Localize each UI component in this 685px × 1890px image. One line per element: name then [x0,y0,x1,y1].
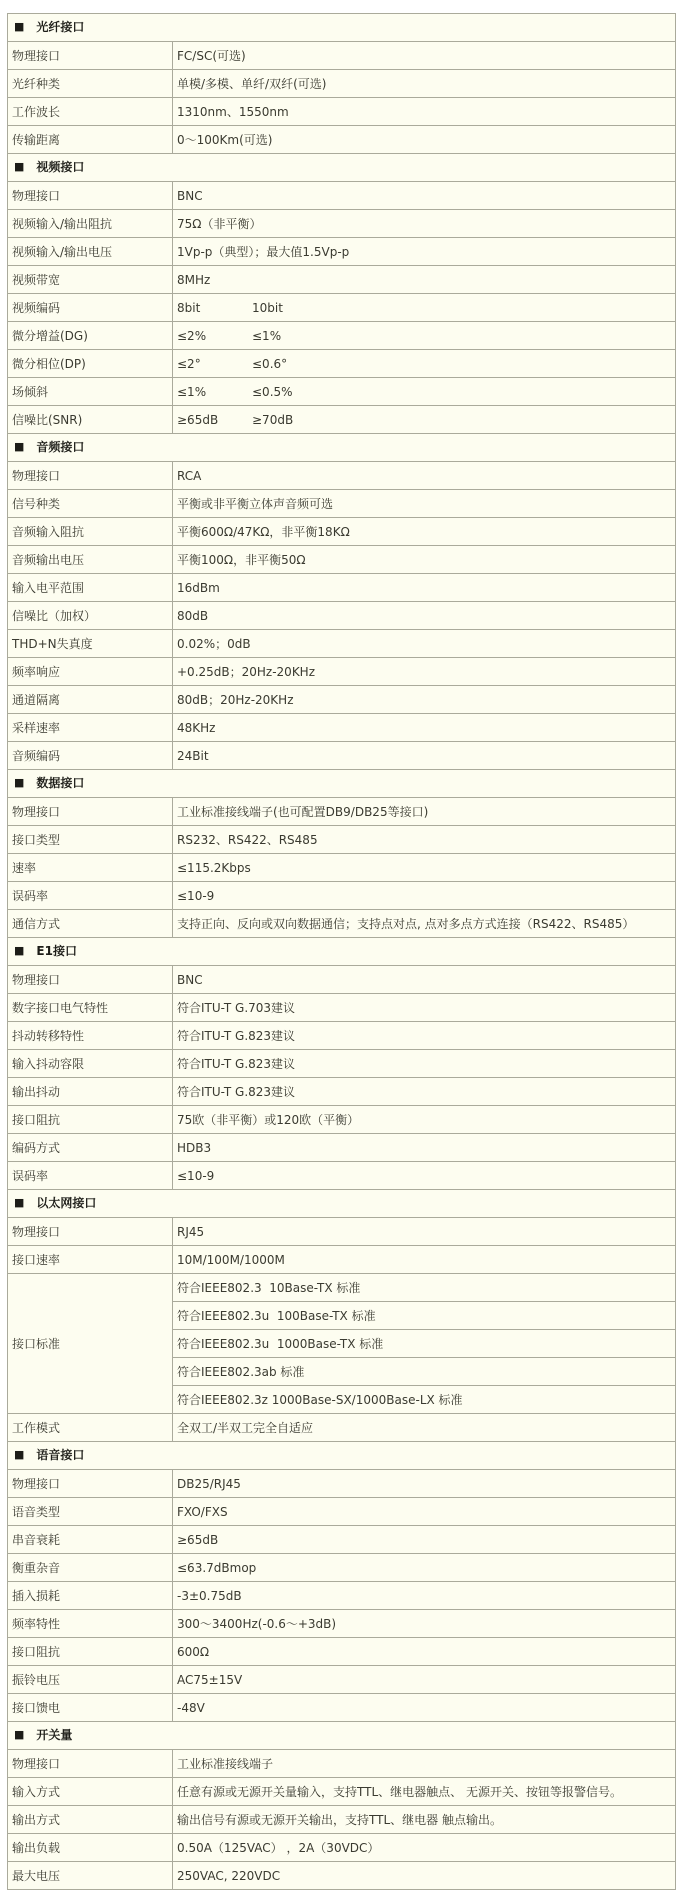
spec-value-primary: 8bit [177,301,252,315]
spec-value-primary: ≤2° [177,357,252,371]
spec-value-cell: AC75±15V [173,1666,676,1694]
spec-row: THD+N失真度0.02%；0dB [8,630,676,658]
spec-value-cell: ≤2%≤1% [173,322,676,350]
section-bullet-icon: ■ [14,440,24,454]
spec-label-cell: 视频输入/输出阻抗 [8,210,173,238]
spec-row: 接口馈电-48V [8,1694,676,1722]
spec-row: 输出负载0.50A（125VAC） ，2A（30VDC） [8,1834,676,1862]
spec-value-cell: RJ45 [173,1218,676,1246]
spec-value-cell: 600Ω [173,1638,676,1666]
spec-value-cell: BNC [173,966,676,994]
spec-value-cell: 24Bit [173,742,676,770]
spec-value-cell: 80dB；20Hz-20KHz [173,686,676,714]
spec-label-cell: 振铃电压 [8,1666,173,1694]
spec-row: 接口类型RS232、RS422、RS485 [8,826,676,854]
section-title: 视频接口 [36,160,84,174]
section-title: 数据接口 [36,776,84,790]
spec-label-cell: 接口类型 [8,826,173,854]
spec-row: 接口阻抗75欧（非平衡）或120欧（平衡） [8,1106,676,1134]
spec-row: 物理接口RCA [8,462,676,490]
section-bullet-icon: ■ [14,160,24,174]
spec-label-cell: 接口标准 [8,1274,173,1414]
spec-value-cell: 符合IEEE802.3u 1000Base-TX 标准 [173,1330,676,1358]
spec-label-cell: 插入损耗 [8,1582,173,1610]
spec-value-secondary: ≤1% [252,329,281,343]
section-bullet-icon: ■ [14,944,24,958]
spec-row: 频率响应+0.25dB；20Hz-20KHz [8,658,676,686]
section-header-row: ■E1接口 [8,938,676,966]
spec-label-cell: 误码率 [8,1162,173,1190]
spec-label-cell: 光纤种类 [8,70,173,98]
section-title: E1接口 [36,944,77,958]
spec-row: 物理接口FC/SC(可选) [8,42,676,70]
spec-label-cell: 音频输出电压 [8,546,173,574]
section-header-cell: ■视频接口 [8,154,676,182]
spec-row: 输入抖动容限符合ITU-T G.823建议 [8,1050,676,1078]
spec-row: 视频带宽8MHz [8,266,676,294]
spec-value-cell: 单模/多模、单纤/双纤(可选) [173,70,676,98]
spec-row: 编码方式HDB3 [8,1134,676,1162]
spec-value-cell: ≤10-9 [173,882,676,910]
spec-row: 最大电压250VAC, 220VDC [8,1862,676,1890]
spec-value-cell: FC/SC(可选) [173,42,676,70]
spec-value-cell: 1310nm、1550nm [173,98,676,126]
spec-value-cell: 符合IEEE802.3ab 标准 [173,1358,676,1386]
spec-label-cell: 微分增益(DG) [8,322,173,350]
spec-label-cell: 输出负载 [8,1834,173,1862]
section-header-cell: ■开关量 [8,1722,676,1750]
spec-value-cell: 支持正向、反向或双向数据通信；支持点对点, 点对多点方式连接（RS422、RS4… [173,910,676,938]
spec-label-cell: 物理接口 [8,1218,173,1246]
spec-label-cell: 语音类型 [8,1498,173,1526]
spec-row: 场倾斜≤1%≤0.5% [8,378,676,406]
spec-label-cell: 衡重杂音 [8,1554,173,1582]
spec-label-cell: 输出方式 [8,1806,173,1834]
spec-value-cell: ≤115.2Kbps [173,854,676,882]
spec-value-cell: 0～100Km(可选) [173,126,676,154]
spec-value-cell: 输出信号有源或无源开关输出，支持TTL、继电器 触点输出。 [173,1806,676,1834]
spec-label-cell: 输入电平范围 [8,574,173,602]
spec-label-cell: 采样速率 [8,714,173,742]
spec-value-cell: 250VAC, 220VDC [173,1862,676,1890]
spec-label-cell: 音频输入阻抗 [8,518,173,546]
spec-value-cell: 工业标准接线端子(也可配置DB9/DB25等接口) [173,798,676,826]
section-bullet-icon: ■ [14,20,24,34]
spec-value-cell: 48KHz [173,714,676,742]
spec-value-cell: ≥65dB≥70dB [173,406,676,434]
section-header-cell: ■数据接口 [8,770,676,798]
section-header-row: ■音频接口 [8,434,676,462]
spec-row: 误码率≤10-9 [8,1162,676,1190]
spec-label-cell: 物理接口 [8,42,173,70]
spec-value-cell: 1Vp-p（典型）；最大值1.5Vp-p [173,238,676,266]
spec-label-cell: 接口馈电 [8,1694,173,1722]
spec-label-cell: 物理接口 [8,966,173,994]
spec-row: 通信方式支持正向、反向或双向数据通信；支持点对点, 点对多点方式连接（RS422… [8,910,676,938]
spec-row: 衡重杂音≤63.7dBmop [8,1554,676,1582]
spec-row: 光纤种类单模/多模、单纤/双纤(可选) [8,70,676,98]
spec-label-cell: 接口阻抗 [8,1106,173,1134]
spec-value-secondary: ≤0.5% [252,385,293,399]
spec-value-secondary: 10bit [252,301,283,315]
spec-value-cell: 8bit10bit [173,294,676,322]
spec-value-cell: HDB3 [173,1134,676,1162]
section-bullet-icon: ■ [14,1728,24,1742]
spec-table: ■光纤接口物理接口FC/SC(可选)光纤种类单模/多模、单纤/双纤(可选)工作波… [7,13,676,1890]
spec-value-cell: FXO/FXS [173,1498,676,1526]
spec-label-cell: 频率特性 [8,1610,173,1638]
spec-label-cell: 串音衰耗 [8,1526,173,1554]
section-header-cell: ■以太网接口 [8,1190,676,1218]
spec-row: 信噪比(SNR)≥65dB≥70dB [8,406,676,434]
spec-label-cell: 通道隔离 [8,686,173,714]
spec-value-cell: ≤2°≤0.6° [173,350,676,378]
spec-row: 频率特性300～3400Hz(-0.6～+3dB) [8,1610,676,1638]
spec-row: 振铃电压AC75±15V [8,1666,676,1694]
spec-label-cell: 抖动转移特性 [8,1022,173,1050]
spec-row: 串音衰耗≥65dB [8,1526,676,1554]
spec-row: 输入方式任意有源或无源开关量输入，支持TTL、继电器触点、 无源开关、按钮等报警… [8,1778,676,1806]
spec-value-cell: -3±0.75dB [173,1582,676,1610]
section-title: 音频接口 [36,440,84,454]
spec-value-cell: BNC [173,182,676,210]
spec-row: 音频输出电压平衡100Ω，非平衡50Ω [8,546,676,574]
spec-value-cell: 符合ITU-T G.703建议 [173,994,676,1022]
spec-row: 抖动转移特性符合ITU-T G.823建议 [8,1022,676,1050]
spec-label-cell: THD+N失真度 [8,630,173,658]
section-header-cell: ■音频接口 [8,434,676,462]
section-bullet-icon: ■ [14,776,24,790]
spec-row: 输入电平范围16dBm [8,574,676,602]
section-bullet-icon: ■ [14,1448,24,1462]
spec-row: 输出抖动符合ITU-T G.823建议 [8,1078,676,1106]
spec-value-secondary: ≤0.6° [252,357,287,371]
spec-label-cell: 场倾斜 [8,378,173,406]
spec-row: 信噪比（加权）80dB [8,602,676,630]
spec-label-cell: 输出抖动 [8,1078,173,1106]
section-header-cell: ■E1接口 [8,938,676,966]
section-header-row: ■光纤接口 [8,14,676,42]
section-header-row: ■语音接口 [8,1442,676,1470]
spec-value-secondary: ≥70dB [252,413,293,427]
spec-value-cell: DB25/RJ45 [173,1470,676,1498]
spec-page: ■光纤接口物理接口FC/SC(可选)光纤种类单模/多模、单纤/双纤(可选)工作波… [0,0,685,1890]
section-header-cell: ■语音接口 [8,1442,676,1470]
spec-label-cell: 最大电压 [8,1862,173,1890]
section-header-row: ■开关量 [8,1722,676,1750]
spec-value-cell: 10M/100M/1000M [173,1246,676,1274]
spec-value-cell: 0.50A（125VAC） ，2A（30VDC） [173,1834,676,1862]
spec-value-primary: ≤1% [177,385,252,399]
spec-label-cell: 信噪比（加权） [8,602,173,630]
spec-row: 采样速率48KHz [8,714,676,742]
spec-row: 工作模式全双工/半双工完全自适应 [8,1414,676,1442]
spec-label-cell: 编码方式 [8,1134,173,1162]
spec-row: 速率≤115.2Kbps [8,854,676,882]
spec-value-primary: ≤2% [177,329,252,343]
spec-value-cell: 任意有源或无源开关量输入，支持TTL、继电器触点、 无源开关、按钮等报警信号。 [173,1778,676,1806]
spec-label-cell: 频率响应 [8,658,173,686]
section-title: 开关量 [36,1728,72,1742]
spec-value-cell: ≤63.7dBmop [173,1554,676,1582]
spec-value-cell: 75Ω（非平衡） [173,210,676,238]
spec-label-cell: 输入抖动容限 [8,1050,173,1078]
spec-row: 物理接口BNC [8,182,676,210]
spec-row: 插入损耗-3±0.75dB [8,1582,676,1610]
spec-label-cell: 物理接口 [8,462,173,490]
spec-row: 接口标准符合IEEE802.3 10Base-TX 标准 [8,1274,676,1302]
spec-label-cell: 误码率 [8,882,173,910]
spec-value-cell: 300～3400Hz(-0.6～+3dB) [173,1610,676,1638]
spec-value-cell: 8MHz [173,266,676,294]
section-header-row: ■以太网接口 [8,1190,676,1218]
spec-value-cell: ≤1%≤0.5% [173,378,676,406]
spec-label-cell: 输入方式 [8,1778,173,1806]
spec-value-cell: ≥65dB [173,1526,676,1554]
section-header-row: ■数据接口 [8,770,676,798]
spec-label-cell: 通信方式 [8,910,173,938]
spec-value-cell: 平衡100Ω，非平衡50Ω [173,546,676,574]
spec-row: 物理接口BNC [8,966,676,994]
spec-value-cell: 全双工/半双工完全自适应 [173,1414,676,1442]
spec-label-cell: 物理接口 [8,1470,173,1498]
spec-label-cell: 物理接口 [8,1750,173,1778]
spec-label-cell: 工作波长 [8,98,173,126]
spec-label-cell: 视频输入/输出电压 [8,238,173,266]
spec-label-cell: 接口速率 [8,1246,173,1274]
spec-value-cell: 平衡600Ω/47KΩ，非平衡18KΩ [173,518,676,546]
spec-row: 物理接口RJ45 [8,1218,676,1246]
spec-value-cell: 符合ITU-T G.823建议 [173,1050,676,1078]
section-header-cell: ■光纤接口 [8,14,676,42]
spec-value-cell: -48V [173,1694,676,1722]
spec-label-cell: 传输距离 [8,126,173,154]
spec-value-cell: 符合ITU-T G.823建议 [173,1078,676,1106]
spec-row: 物理接口DB25/RJ45 [8,1470,676,1498]
section-header-row: ■视频接口 [8,154,676,182]
spec-row: 视频输入/输出电压1Vp-p（典型）；最大值1.5Vp-p [8,238,676,266]
spec-row: 音频输入阻抗平衡600Ω/47KΩ，非平衡18KΩ [8,518,676,546]
spec-row: 误码率≤10-9 [8,882,676,910]
spec-row: 视频编码8bit10bit [8,294,676,322]
spec-row: 接口速率10M/100M/1000M [8,1246,676,1274]
spec-row: 工作波长1310nm、1550nm [8,98,676,126]
section-bullet-icon: ■ [14,1196,24,1210]
spec-label-cell: 接口阻抗 [8,1638,173,1666]
spec-value-cell: 符合IEEE802.3u 100Base-TX 标准 [173,1302,676,1330]
spec-row: 输出方式输出信号有源或无源开关输出，支持TTL、继电器 触点输出。 [8,1806,676,1834]
spec-value-cell: 0.02%；0dB [173,630,676,658]
spec-row: 物理接口工业标准接线端子 [8,1750,676,1778]
spec-row: 视频输入/输出阻抗75Ω（非平衡） [8,210,676,238]
spec-label-cell: 视频带宽 [8,266,173,294]
spec-label-cell: 信号种类 [8,490,173,518]
spec-value-cell: RCA [173,462,676,490]
spec-row: 微分相位(DP)≤2°≤0.6° [8,350,676,378]
section-title: 语音接口 [36,1448,84,1462]
spec-label-cell: 信噪比(SNR) [8,406,173,434]
spec-label-cell: 速率 [8,854,173,882]
section-title: 以太网接口 [36,1196,96,1210]
spec-label-cell: 工作模式 [8,1414,173,1442]
spec-row: 数字接口电气特性符合ITU-T G.703建议 [8,994,676,1022]
spec-value-cell: 平衡或非平衡立体声音频可选 [173,490,676,518]
spec-value-primary: ≥65dB [177,413,252,427]
spec-row: 通道隔离80dB；20Hz-20KHz [8,686,676,714]
spec-row: 信号种类平衡或非平衡立体声音频可选 [8,490,676,518]
spec-value-cell: 符合ITU-T G.823建议 [173,1022,676,1050]
spec-row: 接口阻抗600Ω [8,1638,676,1666]
spec-value-cell: 80dB [173,602,676,630]
spec-row: 物理接口工业标准接线端子(也可配置DB9/DB25等接口) [8,798,676,826]
spec-value-cell: +0.25dB；20Hz-20KHz [173,658,676,686]
spec-label-cell: 数字接口电气特性 [8,994,173,1022]
spec-value-cell: 16dBm [173,574,676,602]
spec-row: 传输距离0～100Km(可选) [8,126,676,154]
spec-value-cell: 符合IEEE802.3 10Base-TX 标准 [173,1274,676,1302]
spec-row: 语音类型FXO/FXS [8,1498,676,1526]
spec-label-cell: 视频编码 [8,294,173,322]
section-title: 光纤接口 [36,20,84,34]
spec-value-cell: 符合IEEE802.3z 1000Base-SX/1000Base-LX 标准 [173,1386,676,1414]
spec-value-cell: 75欧（非平衡）或120欧（平衡） [173,1106,676,1134]
spec-value-cell: 工业标准接线端子 [173,1750,676,1778]
spec-row: 微分增益(DG)≤2%≤1% [8,322,676,350]
spec-row: 音频编码24Bit [8,742,676,770]
spec-label-cell: 物理接口 [8,798,173,826]
spec-label-cell: 物理接口 [8,182,173,210]
spec-label-cell: 微分相位(DP) [8,350,173,378]
spec-value-cell: RS232、RS422、RS485 [173,826,676,854]
spec-label-cell: 音频编码 [8,742,173,770]
spec-value-cell: ≤10-9 [173,1162,676,1190]
